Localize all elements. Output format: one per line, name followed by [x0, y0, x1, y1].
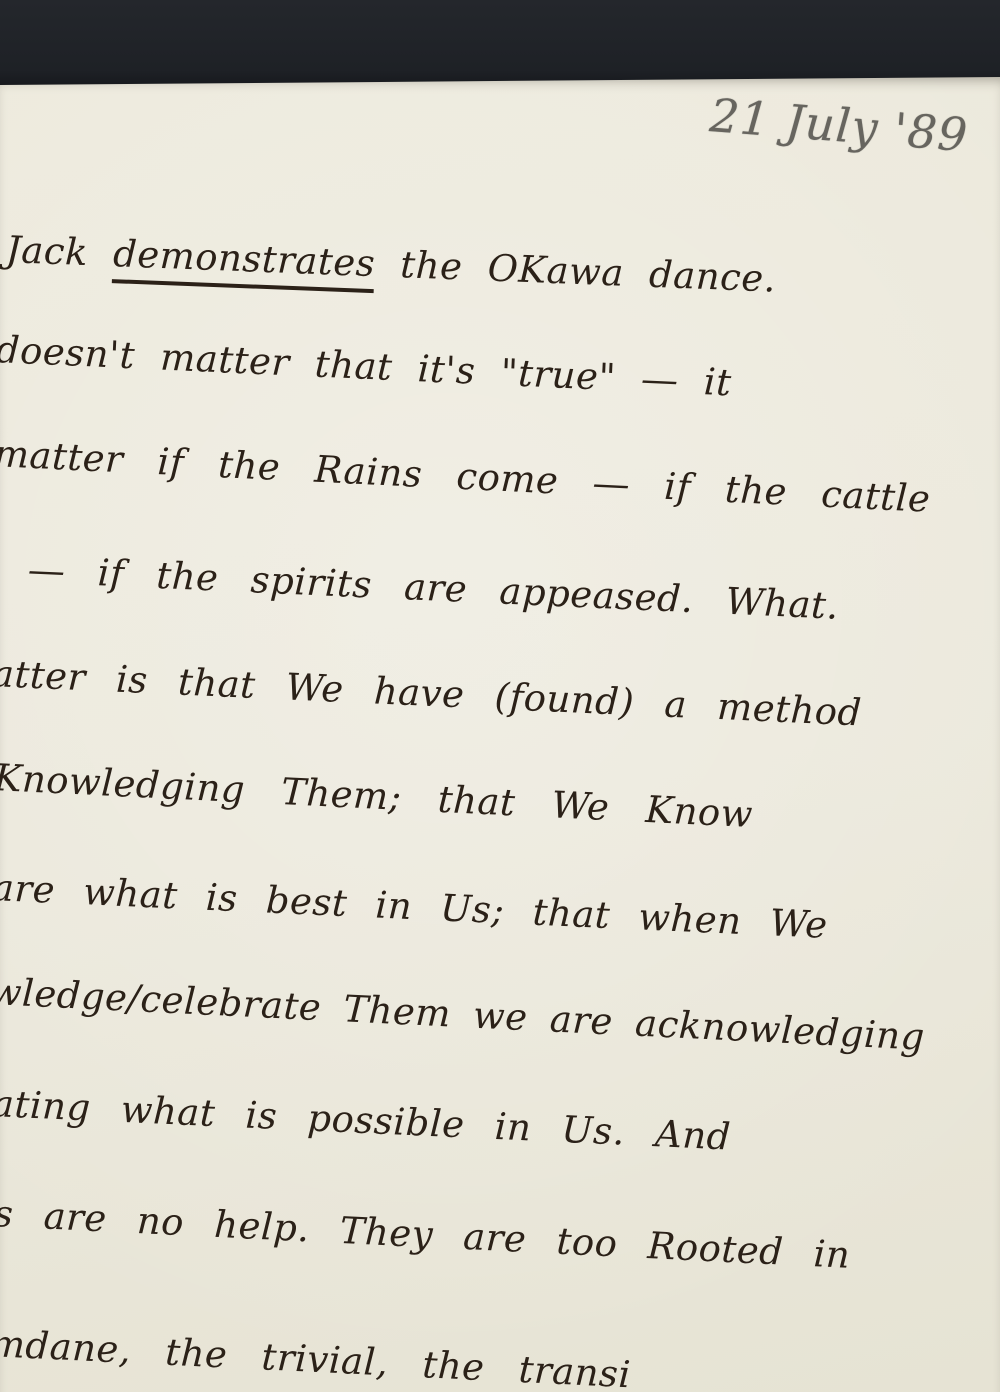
photo-backdrop: [0, 0, 1000, 90]
line1-underlined-word: demonstrates: [112, 232, 376, 293]
line1-pre: Jack: [5, 228, 114, 275]
letter-photo: 21 July '89 Jack demonstrates the OKawa …: [0, 0, 1000, 1392]
